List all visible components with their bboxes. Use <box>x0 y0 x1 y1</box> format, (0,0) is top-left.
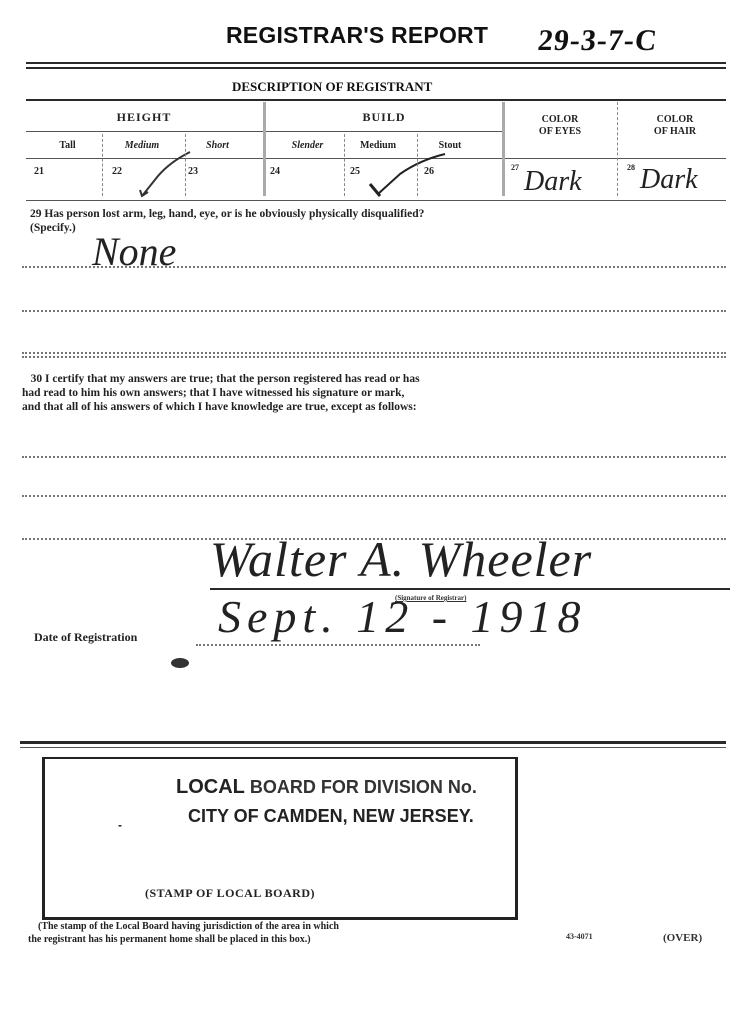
form-number: 43-4071 <box>566 932 593 941</box>
registrar-signature: Walter A. Wheeler <box>210 530 592 588</box>
date-of-registration: Sept. 12 - 1918 <box>218 590 587 643</box>
hair-color-value: Dark <box>640 164 698 196</box>
column-divider <box>417 134 418 196</box>
divider <box>26 62 726 64</box>
column-divider <box>185 134 186 196</box>
answer-line <box>22 456 726 458</box>
height-tall-number: 21 <box>34 166 44 177</box>
hair-color-header: COLOR OF HAIR <box>630 114 720 138</box>
date-line <box>196 644 480 646</box>
height-medium-number: 22 <box>112 166 122 177</box>
build-medium-number: 25 <box>350 166 360 177</box>
column-divider <box>344 134 345 196</box>
answer-line <box>22 356 726 358</box>
divider <box>26 99 726 101</box>
answer-line <box>22 495 726 497</box>
answer-line <box>22 266 726 268</box>
column-divider <box>502 102 505 196</box>
build-slender-number: 24 <box>270 166 280 177</box>
stamp-instructions: (The stamp of the Local Board having jur… <box>38 920 339 946</box>
stamp-dash: - <box>118 818 122 832</box>
height-header: HEIGHT <box>30 110 258 125</box>
column-divider <box>102 134 103 196</box>
answer-line <box>22 352 726 354</box>
question-30: 30 I certify that my answers are true; t… <box>22 372 734 414</box>
height-tall-label: Tall <box>40 140 95 151</box>
section-title: DESCRIPTION OF REGISTRANT <box>232 79 432 95</box>
hair-color-number: 28 <box>627 163 635 172</box>
divider <box>26 200 726 201</box>
divider <box>20 747 726 748</box>
answer-line <box>22 310 726 312</box>
date-label: Date of Registration <box>34 630 137 644</box>
divider <box>20 741 726 744</box>
divider <box>26 67 726 69</box>
eye-color-number: 27 <box>511 163 519 172</box>
stamp-line-1: LOCAL BOARD FOR DIVISION No. <box>176 776 477 799</box>
stamp-caption: (STAMP OF LOCAL BOARD) <box>145 886 315 900</box>
build-medium-checkmark-icon <box>360 148 455 203</box>
column-divider <box>263 102 266 196</box>
build-slender-label: Slender <box>275 140 340 151</box>
eye-color-header: COLOR OF EYES <box>515 114 605 138</box>
report-title: REGISTRAR'S REPORT <box>226 22 488 49</box>
build-header: BUILD <box>270 110 498 125</box>
over-indicator: (OVER) <box>663 932 702 944</box>
stamp-line-2: CITY OF CAMDEN, NEW JERSEY. <box>188 806 474 827</box>
eye-color-value: Dark <box>524 166 582 198</box>
serial-number: 29-3-7-C <box>536 24 659 58</box>
ink-mark-icon <box>168 655 192 671</box>
height-medium-checkmark-icon <box>130 148 200 203</box>
column-divider <box>617 102 618 196</box>
